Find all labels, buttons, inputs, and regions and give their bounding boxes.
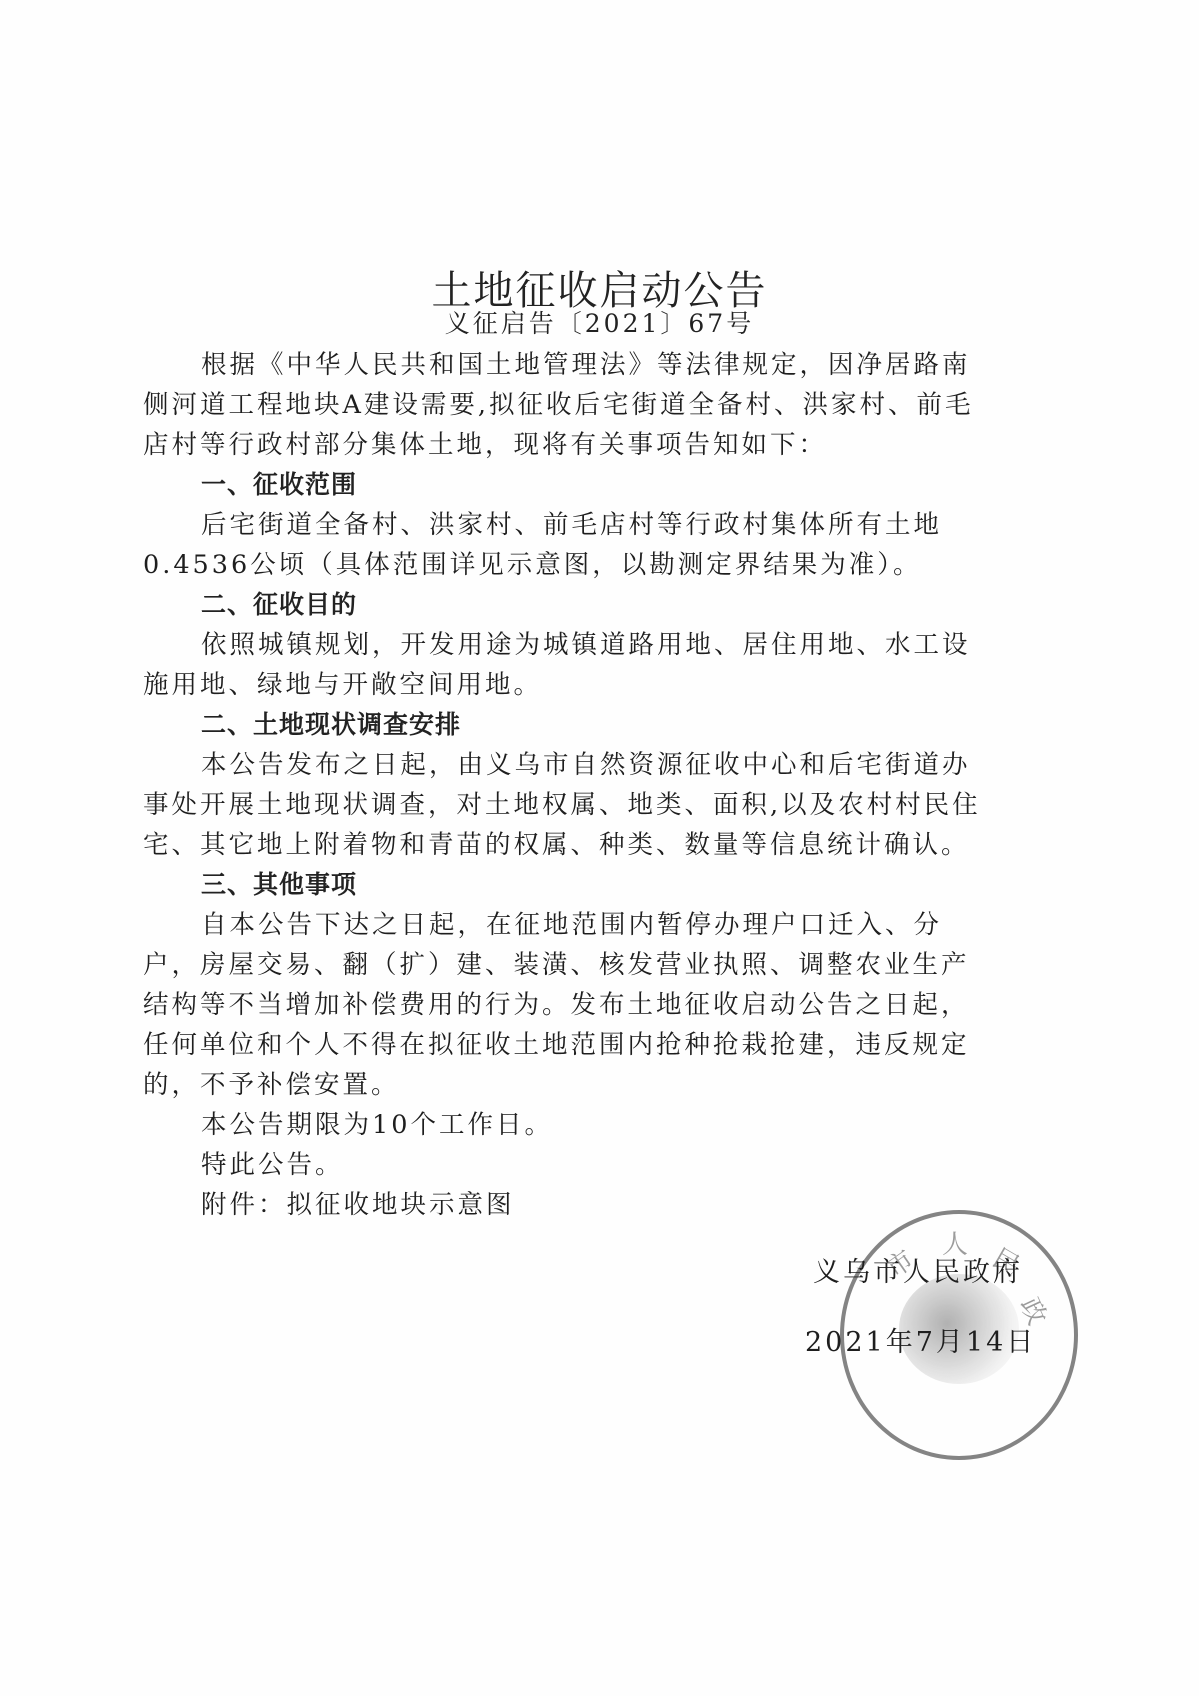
issue-date: 2021年7月14日 [805,1308,1095,1378]
paragraph-line: 任何单位和个人不得在拟征收土地范围内抢种抢栽抢建，违反规定 [143,1025,1073,1065]
paragraph-line: 本公告发布之日起，由义乌市自然资源征收中心和后宅街道办 [143,745,1073,785]
section-heading: 二、征收目的 [143,585,1073,625]
paragraph-line: 结构等不当增加补偿费用的行为。发布土地征收启动公告之日起， [143,985,1073,1025]
paragraph-line: 宅、其它地上附着物和青苗的权属、种类、数量等信息统计确认。 [143,825,1073,865]
paragraph-line: 后宅街道全备村、洪家村、前毛店村等行政村集体所有土地 [143,505,1073,545]
section-heading: 三、其他事项 [143,865,1073,905]
paragraph-line: 自本公告下达之日起，在征地范围内暂停办理户口迁入、分 [143,905,1073,945]
paragraph-line: 0.4536公顷（具体范围详见示意图，以勘测定界结果为准）。 [143,545,1073,585]
paragraph-line: 施用地、绿地与开敞空间用地。 [143,665,1073,705]
paragraph-line: 根据《中华人民共和国土地管理法》等法律规定，因净居路南 [143,345,1073,385]
closing-line: 本公告期限为10个工作日。 [143,1105,1073,1145]
paragraph-line: 侧河道工程地块A建设需要,拟征收后宅街道全备村、洪家村、前毛 [143,385,1073,425]
paragraph-line: 依照城镇规划，开发用途为城镇道路用地、居住用地、水工设 [143,625,1073,665]
paragraph-line: 店村等行政村部分集体土地，现将有关事项告知如下： [143,425,1073,465]
section-heading: 二、土地现状调查安排 [143,705,1073,745]
paragraph-line: 户，房屋交易、翻（扩）建、装潢、核发营业执照、调整农业生产 [143,945,1073,985]
document-page: 土地征收启动公告 义征启告〔2021〕67号 根据《中华人民共和国土地管理法》等… [0,0,1199,1696]
paragraph-line: 的，不予补偿安置。 [143,1065,1073,1105]
section-heading: 一、征收范围 [143,465,1073,505]
signature-block: 义乌市人民政府 2021年7月14日 [805,1238,1095,1378]
document-body: 根据《中华人民共和国土地管理法》等法律规定，因净居路南 侧河道工程地块A建设需要… [143,345,1073,1225]
issuer-name: 义乌市人民政府 [805,1238,1095,1308]
closing-line: 特此公告。 [143,1145,1073,1185]
document-number: 义征启告〔2021〕67号 [0,304,1199,340]
paragraph-line: 事处开展土地现状调查，对土地权属、地类、面积,以及农村村民住 [143,785,1073,825]
